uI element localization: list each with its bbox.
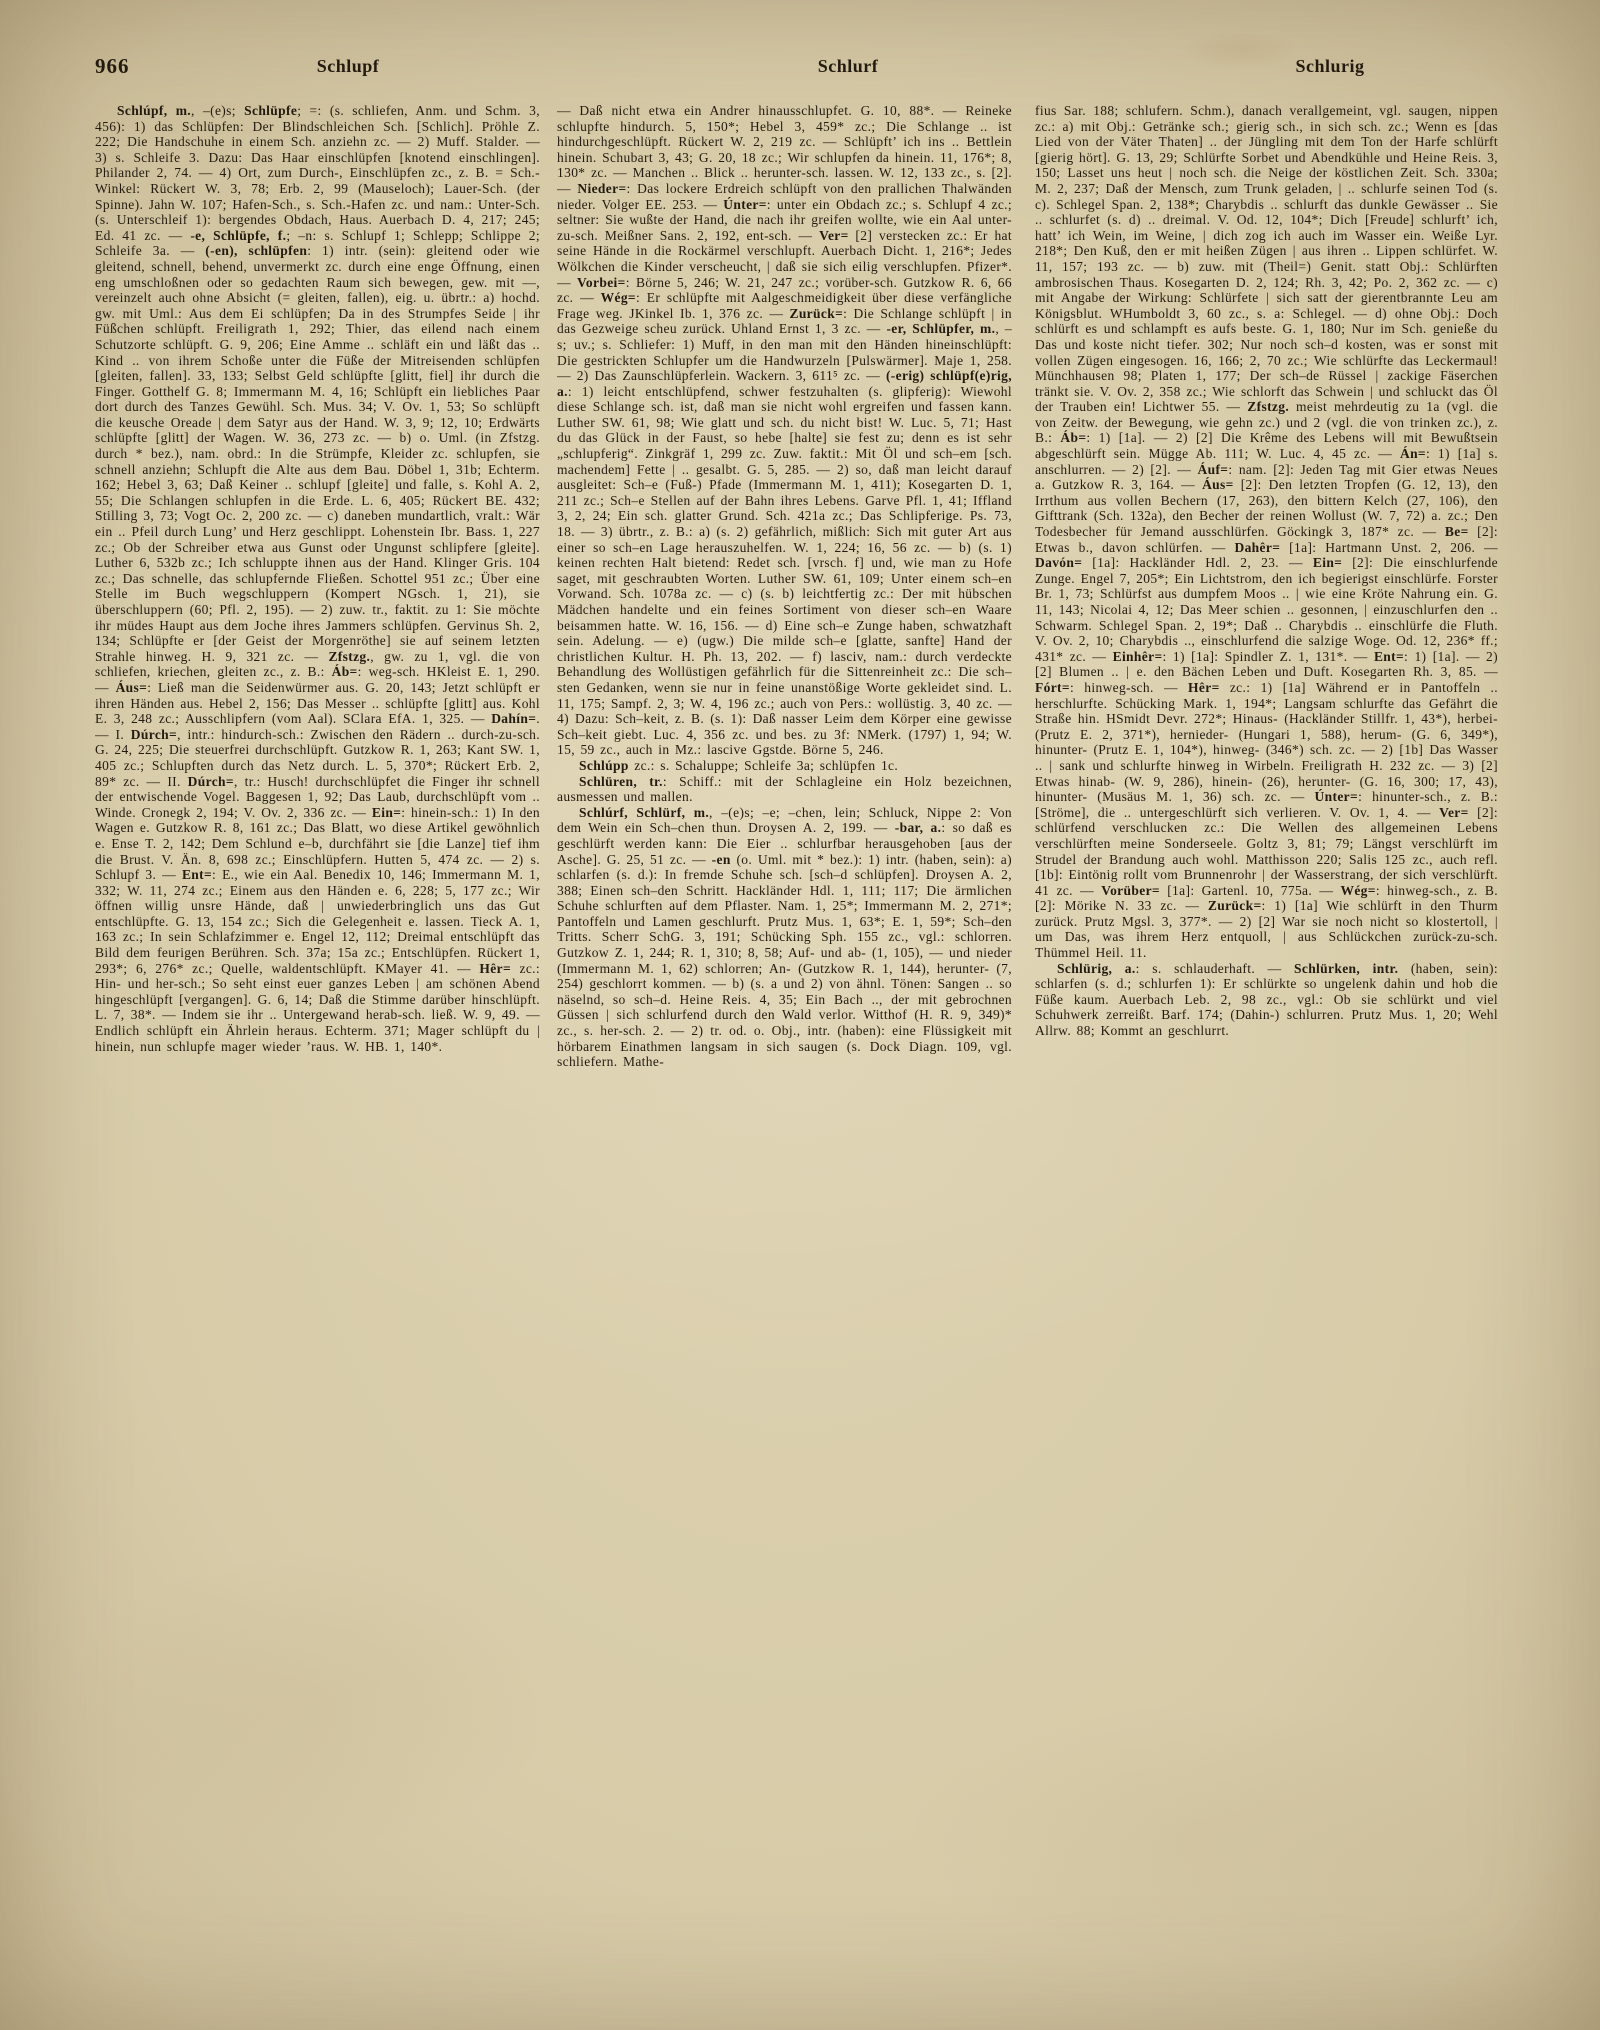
entry-lemma: Zfstzg.: [1247, 399, 1289, 414]
entry-lemma: Einhêr=: [1113, 649, 1163, 664]
entry-lemma: Ein=: [1313, 555, 1342, 570]
entry-lemma: Nieder=: [577, 181, 626, 196]
entry-lemma: Schlüpfe: [244, 103, 297, 118]
entry-lemma: Áus=: [1202, 477, 1234, 492]
entry-lemma: Schlüren, tr.: [579, 774, 663, 789]
entry-lemma: Wég=: [601, 290, 636, 305]
entry-lemma: Únter=: [1315, 789, 1359, 804]
catchword-schlupf: Schlupf: [317, 56, 380, 77]
entry-lemma: (-en), schlüpfen: [205, 243, 307, 258]
entry-lemma: Be=: [1445, 524, 1469, 539]
entry-lemma: Schlürig, a.: [1057, 961, 1136, 976]
entry-lemma: Hêr=: [1188, 680, 1220, 695]
entry-lemma: Ein=: [372, 805, 401, 820]
paper-stain: [60, 1550, 560, 1850]
entry-lemma: Zurück=: [789, 306, 843, 321]
entry-lemma: Vorbei=: [577, 275, 626, 290]
entry-paragraph: Schlúpp zc.: s. Schaluppe; Schleife 3a; …: [557, 758, 1012, 774]
entry-lemma: Zurück=: [1208, 898, 1262, 913]
entry-paragraph: fius Sar. 188; schlufern. Schm.), danach…: [1035, 103, 1498, 961]
entry-lemma: Zfstzg.: [328, 649, 370, 664]
entry-lemma: Ent=: [182, 867, 212, 882]
entry-lemma: Hêr=: [479, 961, 511, 976]
paper-stain: [900, 1700, 1500, 1960]
entry-lemma: -er, Schlüpfer, m.: [886, 321, 995, 336]
entry-lemma: Dúrch=: [188, 774, 234, 789]
running-head: 966 Schlupf Schlurf Schlurig: [0, 54, 1600, 86]
entry-lemma: Áus=: [116, 680, 148, 695]
catchword-schlurf: Schlurf: [818, 56, 879, 77]
page-number: 966: [95, 54, 130, 79]
entry-paragraph: — Daß nicht etwa ein Andrer hinausschlup…: [557, 103, 1012, 758]
entry-lemma: Wég=: [1340, 883, 1375, 898]
dictionary-page: 966 Schlupf Schlurf Schlurig Schlúpf, m.…: [0, 0, 1600, 2030]
entry-lemma: -e, Schlüpfe, f.: [190, 228, 286, 243]
entry-lemma: Áb=: [1060, 430, 1086, 445]
entry-paragraph: Schlúpf, m., –(e)s; Schlüpfe; =: (s. sch…: [95, 103, 540, 1054]
entry-lemma: Vorüber=: [1101, 883, 1160, 898]
entry-lemma: Án=: [1400, 446, 1426, 461]
text-column-right: fius Sar. 188; schlufern. Schm.), danach…: [1035, 103, 1498, 1517]
entry-lemma: Schlürken, intr.: [1294, 961, 1398, 976]
text-column-middle: — Daß nicht etwa ein Andrer hinausschlup…: [557, 103, 1012, 1517]
entry-lemma: Schlúrf, Schlürf, m.: [579, 805, 709, 820]
entry-lemma: Schlúpf, m.: [117, 103, 191, 118]
entry-lemma: -en: [712, 852, 731, 867]
entry-lemma: Fórt=: [1035, 680, 1070, 695]
entry-lemma: -bar, a.: [895, 820, 942, 835]
entry-lemma: (-erig) schlüpf(e)rig, a.: [557, 368, 1012, 399]
entry-lemma: Dúrch=: [131, 727, 177, 742]
entry-lemma: Davón=: [1035, 555, 1082, 570]
catchword-schlurig: Schlurig: [1295, 56, 1364, 77]
entry-lemma: Únter=: [723, 197, 767, 212]
entry-lemma: Schlúpp: [579, 758, 629, 773]
entry-paragraph: Schlürig, a.: s. schlauderhaft. — Schlür…: [1035, 961, 1498, 1039]
text-column-left: Schlúpf, m., –(e)s; Schlüpfe; =: (s. sch…: [95, 103, 540, 1517]
entry-lemma: Ent=: [1374, 649, 1404, 664]
entry-lemma: Dahín=: [491, 711, 536, 726]
entry-lemma: Dahêr=: [1234, 540, 1280, 555]
entry-lemma: Áb=: [332, 664, 358, 679]
entry-lemma: Áuf=: [1198, 462, 1229, 477]
entry-paragraph: Schlúrf, Schlürf, m., –(e)s; –e; –chen, …: [557, 805, 1012, 1070]
entry-lemma: Ver=: [1439, 805, 1469, 820]
entry-lemma: Ver=: [819, 228, 849, 243]
entry-paragraph: Schlüren, tr.: Schiff.: mit der Schlagle…: [557, 774, 1012, 805]
